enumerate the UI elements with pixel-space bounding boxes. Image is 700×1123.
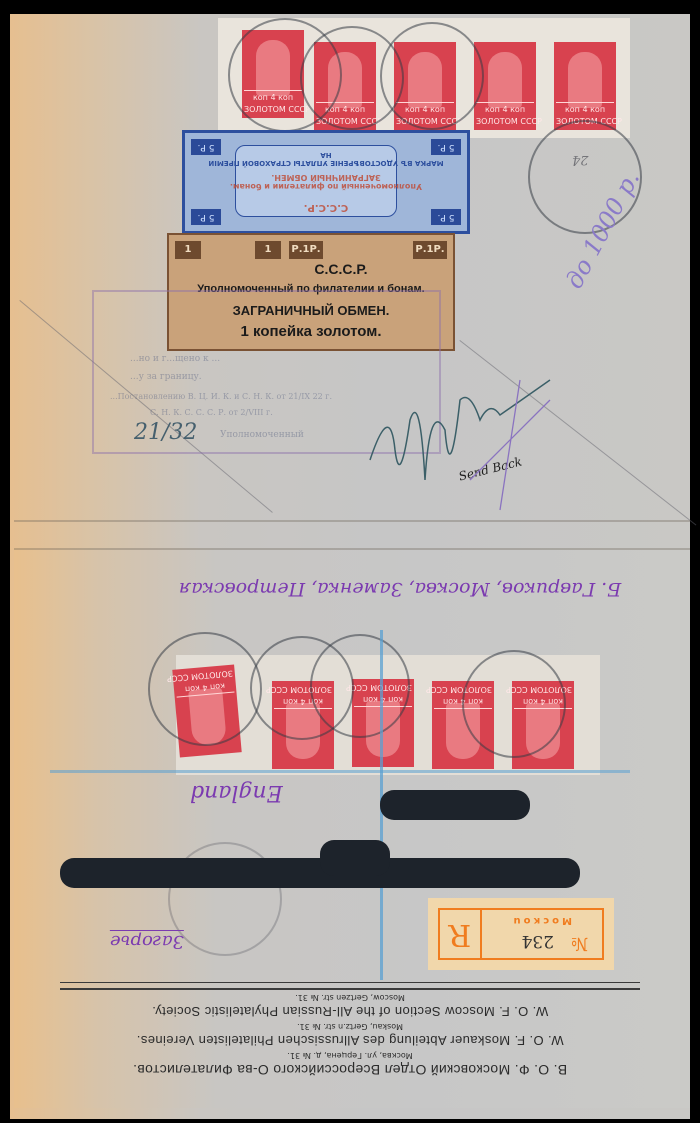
registration-number: 234 [522, 931, 554, 951]
registration-letter: R [440, 910, 482, 958]
handstamp-text: ...у за границу. [130, 372, 202, 382]
signature-scribble [350, 360, 570, 540]
handstamp-text: ...но и г...щено к ... [130, 354, 220, 364]
postmark [148, 632, 262, 746]
blue-crayon-line [50, 770, 630, 773]
printed-society-header: В. О. Ф. Московский Отдел Всероссийского… [60, 978, 640, 1078]
blue-revenue-stamp: 5 Р. 5 Р. 5 Р. 5 Р. С.С.С.Р. Уполномочен… [182, 130, 470, 234]
inverted-address-line: Б. Гавриков, Москва, Заменка, Петровская [120, 578, 680, 600]
country-england: England [190, 780, 283, 805]
pencil-number: 21/32 [134, 420, 197, 445]
postmark [462, 650, 566, 758]
stamp: коп 4 копЗОЛОТОМ СССР [474, 42, 536, 130]
footer-line-de: W. O. F. Moskauer Abteilung des Allrussi… [60, 1033, 640, 1048]
handstamp-text: Уполномоченный [220, 430, 304, 440]
stamp: коп 4 копЗОЛОТОМ СССР [554, 42, 616, 130]
handstamp-text: ...Постановлению В. Ц. И. К. и С. Н. К. … [110, 392, 332, 401]
postmark [310, 634, 410, 738]
redaction-mark [380, 790, 530, 820]
registration-city: Москоu [510, 915, 572, 926]
postmark-date: 24 [572, 152, 589, 167]
handstamp-text: С. Н. К. С. С. С. Р. от 2/VIII г. [150, 408, 273, 417]
bottom-handwritten-note: Загорье [110, 930, 184, 952]
registration-label: R № 234 Москоu [428, 898, 614, 970]
footer-line-ru: В. О. Ф. Московский Отдел Всероссийского… [60, 1062, 640, 1078]
footer-line-en: W. O. F. Moscow Section of the All-Russi… [60, 1004, 640, 1019]
redaction-mark [320, 840, 390, 876]
fold-line [14, 548, 690, 550]
postmark [380, 22, 484, 130]
